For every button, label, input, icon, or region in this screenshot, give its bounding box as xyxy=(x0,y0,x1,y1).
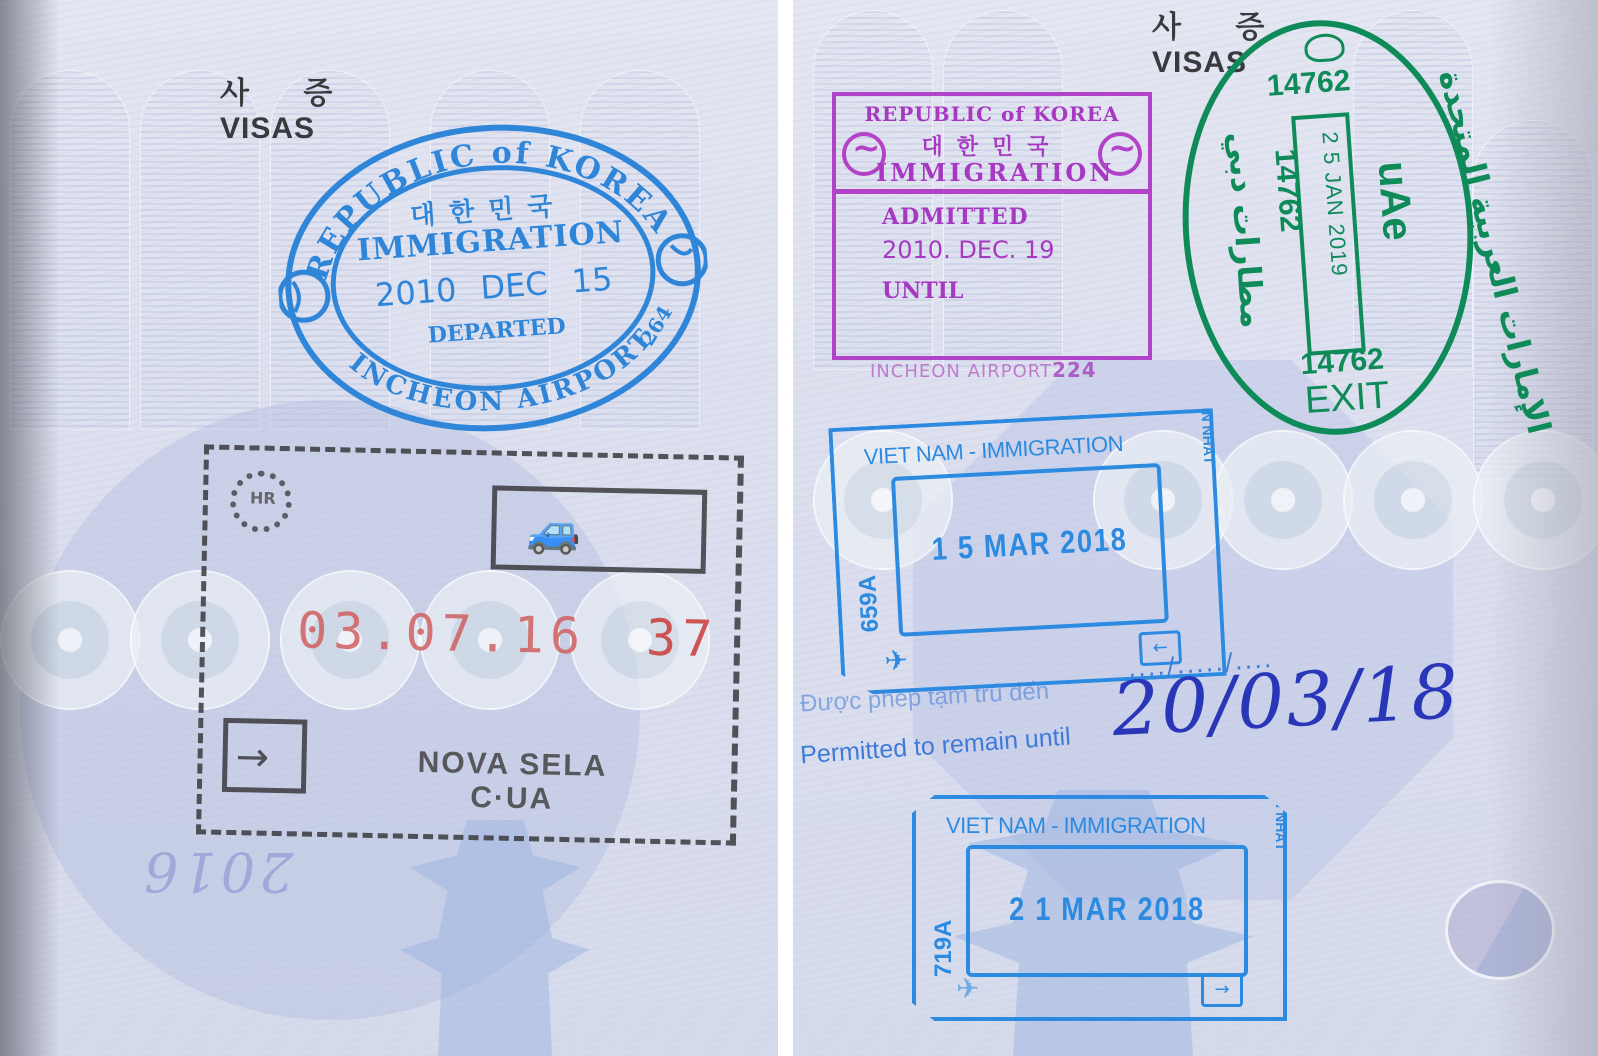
uae-arabic-left: مطارات دبي xyxy=(1220,131,1272,330)
airplane-icon: ✈ xyxy=(956,975,979,1003)
security-rosette xyxy=(1343,430,1483,570)
place-line1: NOVA SELA xyxy=(402,746,623,785)
visas-header-korean: 사 증 xyxy=(220,76,354,112)
vietnam-entry-officer-code: 659A xyxy=(854,574,885,633)
vietnam-entry-date-box: 1 5 MAR 2018 xyxy=(891,463,1169,637)
vietnam-entry-header: VIET NAM - IMMIGRATION xyxy=(863,431,1124,471)
croatia-exit-code: 37 xyxy=(646,609,719,668)
passport-page-left: 사 증 VISAS REPUBLIC of KOREA INCHEON AIRP… xyxy=(0,0,778,1056)
vietnam-exit-date: 2 1 MAR 2018 xyxy=(991,891,1224,928)
korea-admitted-status: ADMITTED xyxy=(882,204,1029,230)
korea-admitted-until: UNTIL xyxy=(882,278,963,304)
faint-handwriting: 2016 xyxy=(140,840,293,903)
korea-admitted-date: 2010. DEC. 19 xyxy=(882,236,1055,264)
croatia-exit-date: 03.07.16 37 xyxy=(297,601,719,668)
vehicle-box: 🚙 xyxy=(491,485,708,573)
korea-admitted-airport: INCHEON AIRPORT xyxy=(870,361,1052,382)
country-code: HR xyxy=(250,488,276,508)
security-rosette xyxy=(1213,430,1353,570)
uae-date-box: 2 5 JAN 2019 xyxy=(1291,112,1366,355)
vietnam-exit-stamp: VIET NAM - IMMIGRATION 719A 2 1 MAR 2018… xyxy=(912,795,1287,1021)
border-crossing-name: NOVA SELA C·UA xyxy=(401,746,622,819)
korea-admitted-title: IMMIGRATION xyxy=(876,158,1114,187)
korea-admitted-line1: REPUBLIC of KOREA xyxy=(836,102,1148,126)
croatia-exit-date-value: 03.07.16 xyxy=(297,601,587,665)
croatia-exit-stamp: HR 🚙 03.07.16 37 → NOVA SELA C·UA xyxy=(196,444,744,845)
vietnam-entry-date: 1 5 MAR 2018 xyxy=(917,520,1141,569)
korea-admitted-booth: 224 xyxy=(1052,358,1097,382)
uae-exit-date: 2 5 JAN 2019 xyxy=(1316,131,1352,278)
handwritten-permit-date: 20/03/18 xyxy=(1110,649,1462,753)
uae-status: EXIT xyxy=(1304,374,1391,423)
exit-door-icon: → xyxy=(1201,973,1243,1007)
falcon-emblem-icon xyxy=(1304,32,1346,63)
flower-rosette xyxy=(1473,430,1598,570)
airplane-icon: ✈ xyxy=(884,646,909,675)
place-line2: C·UA xyxy=(401,780,622,819)
korea-admitted-header: REPUBLIC of KOREA 대한민국 IMMIGRATION xyxy=(836,96,1148,194)
exit-box: → xyxy=(222,718,308,794)
security-pattern-pillar xyxy=(10,70,130,430)
korea-departure-stamp: REPUBLIC of KOREA INCHEON AIRPORT 264 대한… xyxy=(267,103,718,450)
korea-admitted-footer: INCHEON AIRPORT224 xyxy=(870,358,1097,382)
vietnam-exit-header: VIET NAM - IMMIGRATION xyxy=(946,813,1206,839)
exit-arrow-icon: → xyxy=(235,737,269,778)
uae-country: uAe xyxy=(1369,160,1422,243)
car-icon: 🚙 xyxy=(526,509,582,554)
taegeuk-watermark-icon xyxy=(1445,880,1555,980)
uae-number-top: 14762 xyxy=(1266,64,1352,104)
security-rosette xyxy=(0,570,140,710)
vietnam-exit-date-box: 2 1 MAR 2018 xyxy=(966,845,1248,977)
vietnam-exit-officer-code: 719A xyxy=(930,920,958,977)
korea-admitted-stamp: REPUBLIC of KOREA 대한민국 IMMIGRATION ADMIT… xyxy=(832,92,1152,360)
